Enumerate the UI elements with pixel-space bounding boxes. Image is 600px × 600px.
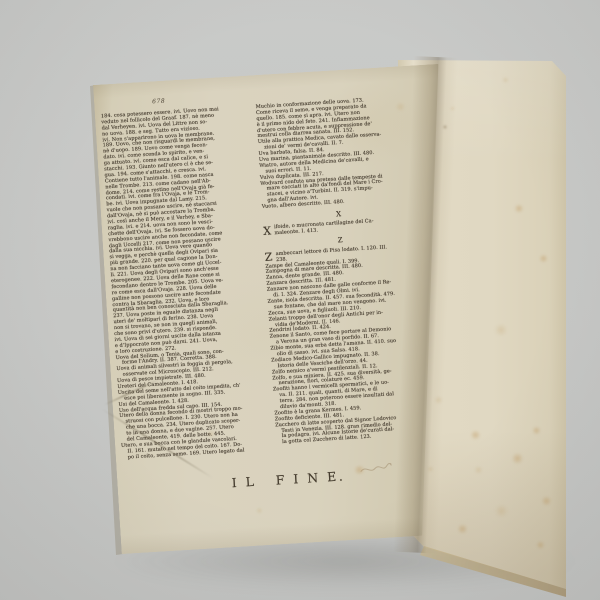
- foxing-stain: [541, 496, 552, 506]
- foxing-stain: [457, 524, 468, 534]
- foxing-stain: [470, 430, 481, 440]
- foxing-stain: [502, 77, 509, 83]
- foxing-stain: [532, 426, 541, 435]
- index-text-block: 184. cosa potessero essere. ivi. Uovo no…: [101, 96, 430, 462]
- page-stain: [255, 507, 263, 513]
- foxing-stain: [494, 505, 509, 517]
- foxing-stain: [514, 204, 524, 213]
- foxing-stain: [474, 466, 483, 474]
- foxing-stain: [536, 541, 545, 549]
- book-photo: 678 184. cosa potessero essere. ivi. Uov…: [0, 0, 600, 600]
- page-number: 678: [152, 98, 166, 106]
- foxing-stain: [511, 453, 524, 464]
- foxing-stain: [494, 324, 508, 336]
- drop-cap: X: [263, 225, 272, 236]
- index-column-left: 184. cosa potessero essere. ivi. Uovo no…: [101, 105, 272, 461]
- foxing-stain: [539, 254, 548, 263]
- drop-cap: Z: [265, 252, 273, 263]
